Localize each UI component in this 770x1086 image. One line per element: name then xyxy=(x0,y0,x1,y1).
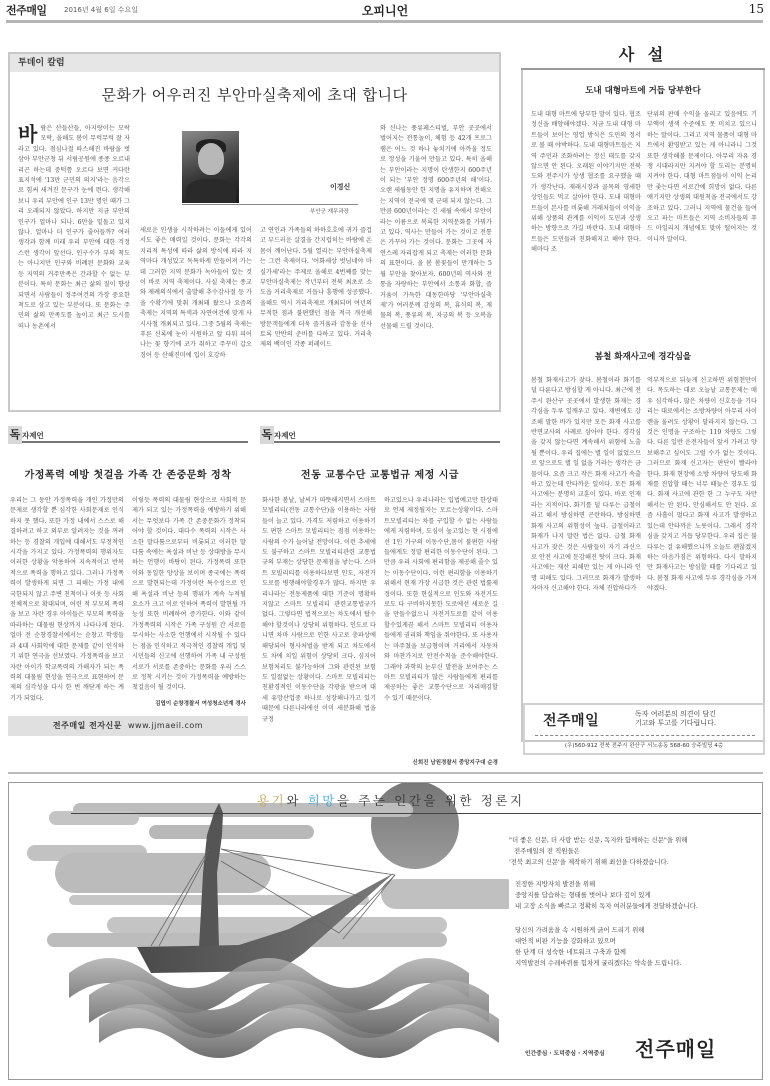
reader-right-text-1: 화사한 봄날, 날씨가 따뜻해지면서 스마트 모빌리티(전동 교통수단)을 이용… xyxy=(262,496,376,766)
reader-section-header-right: 독자제언 xyxy=(260,423,500,443)
e-newspaper-name: 전주매일 전자신문 xyxy=(53,721,122,730)
reader-left-byline: 김엽이 순창경찰서 여성청소년계 경사 xyxy=(132,699,246,707)
masthead: 전주매일 2016년 4월 6일 수요일 오피니언 15 xyxy=(6,2,764,18)
editorial-2-text-2: 억부적으로 뒤늦게 신고하면 위험천만이다. 목도하는 대로 오늘날 교통문제는… xyxy=(647,376,757,694)
today-column: 투데이 칼럼 문화가 어우러진 부안마실축제에 초대 합니다 바람은 산들산들,… xyxy=(8,52,501,412)
ad-paragraph-3: 당신의 가려움을 속 시원하게 긁어 드리기 위해 대안적 비판 기능을 강화하… xyxy=(515,925,682,969)
today-column-text-4: 와 신나는 풍류페스티벌, 부안 곳곳에서 벌어지는 전통놀이, 체험 등 42… xyxy=(380,124,492,408)
website-link[interactable]: www.jjmaeil.com xyxy=(128,721,203,730)
editorial-label: 사 설 xyxy=(521,42,765,65)
reader-right-text-2: 하고있으나 우리나라는 입법예고만 한상태로 언제 제정될지는 모르는상황이다.… xyxy=(384,496,498,756)
ad-top-divider xyxy=(8,772,763,774)
reader-header-text: 자제언 xyxy=(22,431,44,440)
ad-tagline: 인간중심 · 도덕중심 · 지역중심 xyxy=(525,1048,605,1057)
section-title: 오피니언 xyxy=(6,2,764,19)
today-column-text-2: 새로운 인생을 시작하려는 이들에게 있어서도 좋은 매력일 것이다. 문화는 … xyxy=(140,226,252,408)
newspaper-ad: 용기와 희망을 주는 인간을 위한 정론지 "더 좋은 신문, 더 사랑 받는 … xyxy=(8,782,763,1080)
editorial-1-text-2: 단위의 판매 수익을 올리고 있음에도 기부액이 생색 수준에도 못 미치고 있… xyxy=(647,110,757,300)
editorial-1-text-1: 도내 대형 마트에 당부한 말이 있다. 협조 정신을 배양해야겠다. 지금 도… xyxy=(531,110,641,300)
contribution-message: 독자 여러분의 의견이 담긴 기고와 투고를 기다립니다. xyxy=(635,710,716,728)
reader-left-text-1: 우리는 그 동안 가정폭력을 개인 가정만의 문제로 생각할 뿐 심각한 사회문… xyxy=(10,496,124,736)
editorial: 사 설 도내 대형마트에 거듭 당부한다 도내 대형 마트에 당부한 말이 있다… xyxy=(521,42,765,742)
contribution-logo: 전주매일 xyxy=(543,710,599,730)
ad-logo: 전주매일 xyxy=(635,1033,716,1062)
reader-section-header-left: 독자제언 xyxy=(8,423,248,443)
contribution-address: (우)560-912 전북 전주시 완산구 서노송동 568-60 승주빌딩 4… xyxy=(525,741,763,749)
reader-right-title: 전동 교통수단 교통법규 제정 시급 xyxy=(260,466,500,481)
reader-left-text-2: 이렇듯 폭력의 대물림 현상으로 사회적 문제가 되고 있는 가정폭력을 예방하… xyxy=(132,496,246,694)
reader-left-title: 가정폭력 예방 첫걸음 가족 간 존중문화 정착 xyxy=(8,466,248,481)
today-column-label: 투데이 칼럼 xyxy=(10,54,499,72)
today-column-text-1: 바람은 산들산들, 아지랑이는 모락모락, 올해도 봄이 무럭무럭 잘 자라고 … xyxy=(18,124,130,408)
e-newspaper-bar: 전주매일 전자신문www.jjmaeil.com xyxy=(8,716,248,736)
photo-divider xyxy=(182,204,358,205)
ad-slogan: 용기와 희망을 주는 인간을 위한 정론지 xyxy=(257,791,525,809)
author-photo xyxy=(182,131,239,203)
dashed-divider xyxy=(535,735,755,736)
editorial-2-text-1: 봄철 화재사고가 잦다. 봄철이라 화기를 덜 다룬다고 방심할 게 아니다. … xyxy=(531,376,641,694)
editorial-box: 도내 대형마트에 거듭 당부한다 도내 대형 마트에 당부한 말이 있다. 협조… xyxy=(521,70,765,742)
header-divider xyxy=(6,20,763,23)
contribution-notice: 전주매일 독자 여러분의 의견이 담긴 기고와 투고를 기다립니다. (우)56… xyxy=(523,703,765,755)
ad-slogan-divider xyxy=(71,813,761,814)
pen-ship-illustration-icon xyxy=(9,783,509,1080)
today-column-title: 문화가 어우러진 부안마실축제에 초대 합니다 xyxy=(10,84,499,105)
ad-paragraph-2: 진정한 지방자치 발전을 위해 중앙지를 답습하는 형태를 벗어나 보다 깊이 … xyxy=(515,879,698,912)
editorial-title-2: 봄철 화재사고에 경각심을 xyxy=(523,350,763,362)
editorial-title-1: 도내 대형마트에 거듭 당부한다 xyxy=(523,84,763,96)
author-name: 이경신 xyxy=(330,182,350,192)
author-role: 부안군 재무과장 xyxy=(310,207,349,215)
drop-cap: 바 xyxy=(18,124,37,144)
today-column-text-3: 고 연인과 가족들의 하하호호에 귀가 즐겁고 부드러운 살결을 간지럽히는 바… xyxy=(260,226,372,408)
reader-header-initial: 독 xyxy=(260,426,274,444)
reader-right-byline: 신희진 남원경찰서 중앙지구대 순경 xyxy=(384,758,498,766)
reader-header-text: 자제언 xyxy=(274,431,296,440)
page-number: 15 xyxy=(749,2,764,16)
reader-header-initial: 독 xyxy=(8,426,22,444)
ad-paragraph-1: "더 좋은 신문, 더 사랑 받는 신문, 독자와 함께하는 신문"을 위해 전… xyxy=(509,835,687,868)
